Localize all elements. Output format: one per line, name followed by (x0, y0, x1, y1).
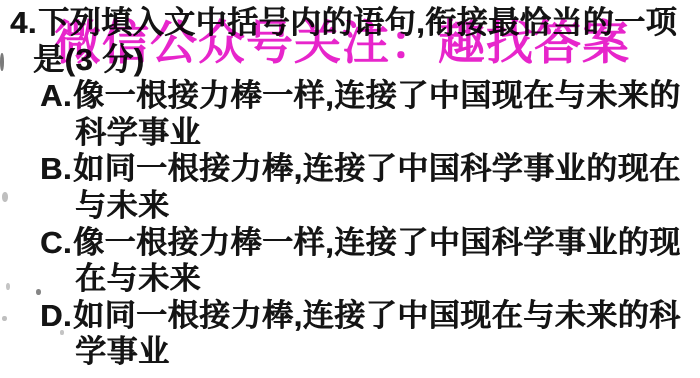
watermark-text: 微信公众号关注：趣找答案 (54, 6, 630, 73)
question-number: 4. (10, 5, 37, 42)
option-b-line1: B. 如同一根接力棒,连接了中国科学事业的现在 (0, 151, 700, 188)
option-c-text: 像一根接力棒一样,连接了中国科学事业的现 (73, 225, 681, 260)
option-b-text: 如同一根接力棒,连接了中国科学事业的现在 (73, 151, 681, 186)
scan-speck (60, 330, 64, 335)
scanned-exam-page: 微信公众号关注：趣找答案 4. 下列填入文中括号内的语句,衔接最恰当的一项 是(… (0, 0, 700, 378)
scan-speck (0, 53, 4, 71)
option-b-line2: 与未来 (0, 188, 700, 225)
scan-speck (2, 192, 8, 202)
scan-speck (36, 289, 41, 295)
option-a-line1: A. 像一根接力棒一样,连接了中国现在与未来的 (0, 78, 700, 115)
option-c-line2: 在与未来 (0, 261, 700, 298)
scan-speck (6, 283, 10, 290)
option-c-line1: C. 像一根接力棒一样,连接了中国科学事业的现 (0, 225, 700, 262)
option-d-line1: D. 如同一根接力棒,连接了中国现在与未来的科 (0, 298, 700, 335)
option-a-text: 像一根接力棒一样,连接了中国现在与未来的 (73, 78, 681, 113)
option-b-letter: B. (40, 151, 72, 188)
option-d-text: 如同一根接力棒,连接了中国现在与未来的科 (73, 298, 681, 333)
option-c-letter: C. (40, 225, 72, 262)
scan-speck (2, 316, 7, 321)
option-a-letter: A. (40, 78, 72, 115)
option-d-letter: D. (40, 298, 72, 335)
option-a-line2: 科学事业 (0, 115, 700, 152)
option-d-line2: 学事业 (0, 334, 700, 371)
